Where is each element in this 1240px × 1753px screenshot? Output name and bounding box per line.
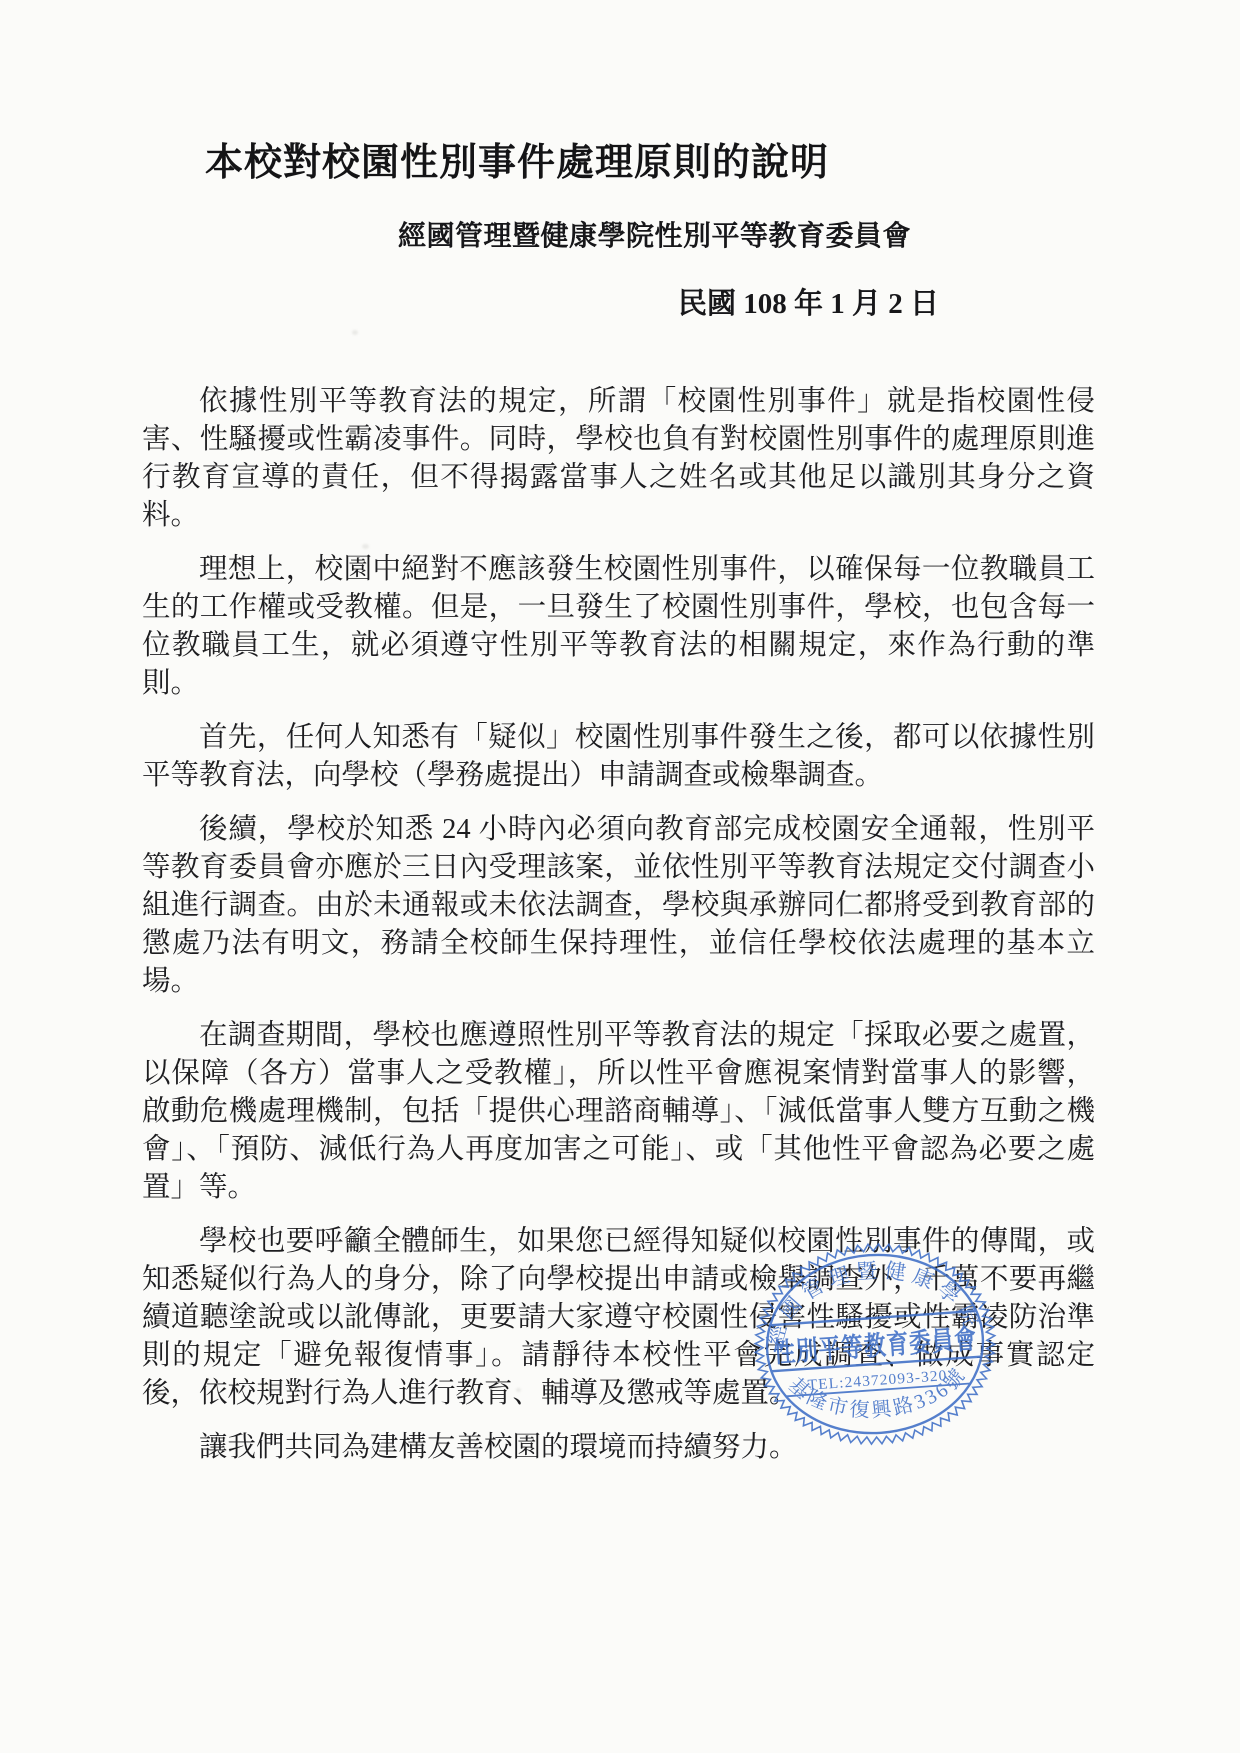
- scan-artifact: [362, 544, 369, 549]
- official-stamp: 經國管理暨健康學院 性別平等教育委員會 TEL:24372093-320 基隆市…: [739, 1223, 1010, 1464]
- document-subtitle: 經國管理暨健康學院性別平等教育委員會: [398, 214, 911, 254]
- body-paragraph: 後續，學校於知悉 24 小時內必須向教育部完成校園安全通報，性別平等教育委員會亦…: [142, 811, 1095, 1001]
- scan-artifact: [516, 1388, 521, 1392]
- body-paragraph: 理想上，校園中絕對不應該發生校園性別事件，以確保每一位教職員工生的工作權或受教權…: [142, 551, 1095, 703]
- document-date: 民國 108 年 1 月 2 日: [678, 281, 939, 322]
- body-paragraph: 依據性別平等教育法的規定，所謂「校園性別事件」就是指校園性侵害、性騷擾或性霸凌事…: [142, 383, 1095, 535]
- body-paragraph: 首先，任何人知悉有「疑似」校園性別事件發生之後，都可以依據性別平等教育法，向學校…: [142, 719, 1095, 795]
- document-title: 本校對校園性別事件處理原則的說明: [205, 131, 829, 186]
- scanned-document-page: 本校對校園性別事件處理原則的說明 經國管理暨健康學院性別平等教育委員會 民國 1…: [0, 0, 1240, 1753]
- scan-artifact: [352, 330, 358, 335]
- stamp-band-text: 性別平等教育委員會: [772, 1323, 978, 1368]
- body-paragraph: 在調查期間，學校也應遵照性別平等教育法的規定「採取必要之處置，以保障（各方）當事…: [142, 1017, 1095, 1207]
